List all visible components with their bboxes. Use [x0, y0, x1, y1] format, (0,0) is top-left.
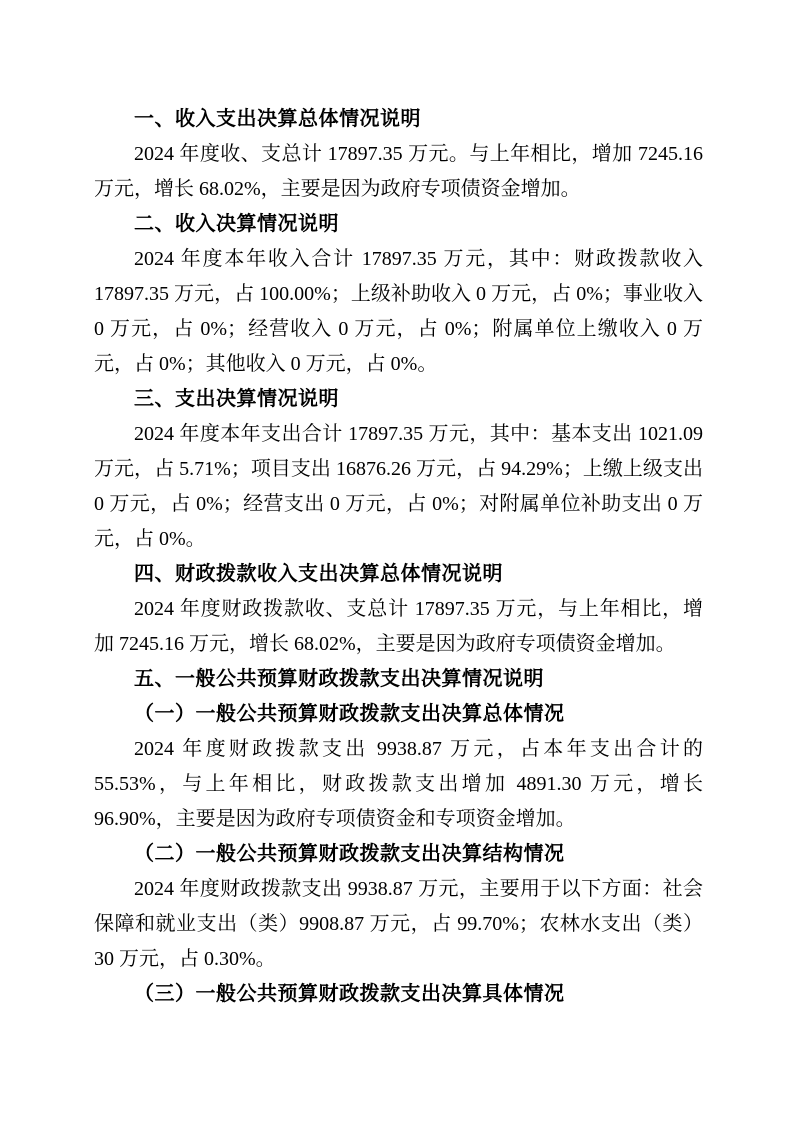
heading-fiscal-appropriation-overall-summary: 四、财政拨款收入支出决算总体情况说明	[94, 557, 703, 592]
subheading-general-budget-specific-situation: （三）一般公共预算财政拨款支出决算具体情况	[94, 977, 703, 1012]
paragraph-expense-final-accounts: 2024 年度本年支出合计 17897.35 万元，其中：基本支出 1021.0…	[94, 417, 703, 557]
paragraph-fiscal-appropriation-overall-summary: 2024 年度财政拨款收、支总计 17897.35 万元，与上年相比，增加 72…	[94, 592, 703, 662]
paragraph-revenue-final-accounts: 2024 年度本年收入合计 17897.35 万元，其中：财政拨款收入 1789…	[94, 242, 703, 382]
heading-expense-final-accounts: 三、支出决算情况说明	[94, 382, 703, 417]
subheading-general-budget-structure-situation: （二）一般公共预算财政拨款支出决算结构情况	[94, 837, 703, 872]
document-page: 一、收入支出决算总体情况说明 2024 年度收、支总计 17897.35 万元。…	[0, 0, 793, 1122]
heading-overall-revenue-expense-summary: 一、收入支出决算总体情况说明	[94, 102, 703, 137]
paragraph-overall-revenue-expense-summary: 2024 年度收、支总计 17897.35 万元。与上年相比，增加 7245.1…	[94, 137, 703, 207]
heading-general-budget-appropriation-expense: 五、一般公共预算财政拨款支出决算情况说明	[94, 662, 703, 697]
subheading-general-budget-overall-situation: （一）一般公共预算财政拨款支出决算总体情况	[94, 697, 703, 732]
paragraph-general-budget-structure-situation: 2024 年度财政拨款支出 9938.87 万元，主要用于以下方面：社会保障和就…	[94, 872, 703, 977]
heading-revenue-final-accounts: 二、收入决算情况说明	[94, 207, 703, 242]
paragraph-general-budget-overall-situation: 2024 年度财政拨款支出 9938.87 万元，占本年支出合计的 55.53%…	[94, 732, 703, 837]
